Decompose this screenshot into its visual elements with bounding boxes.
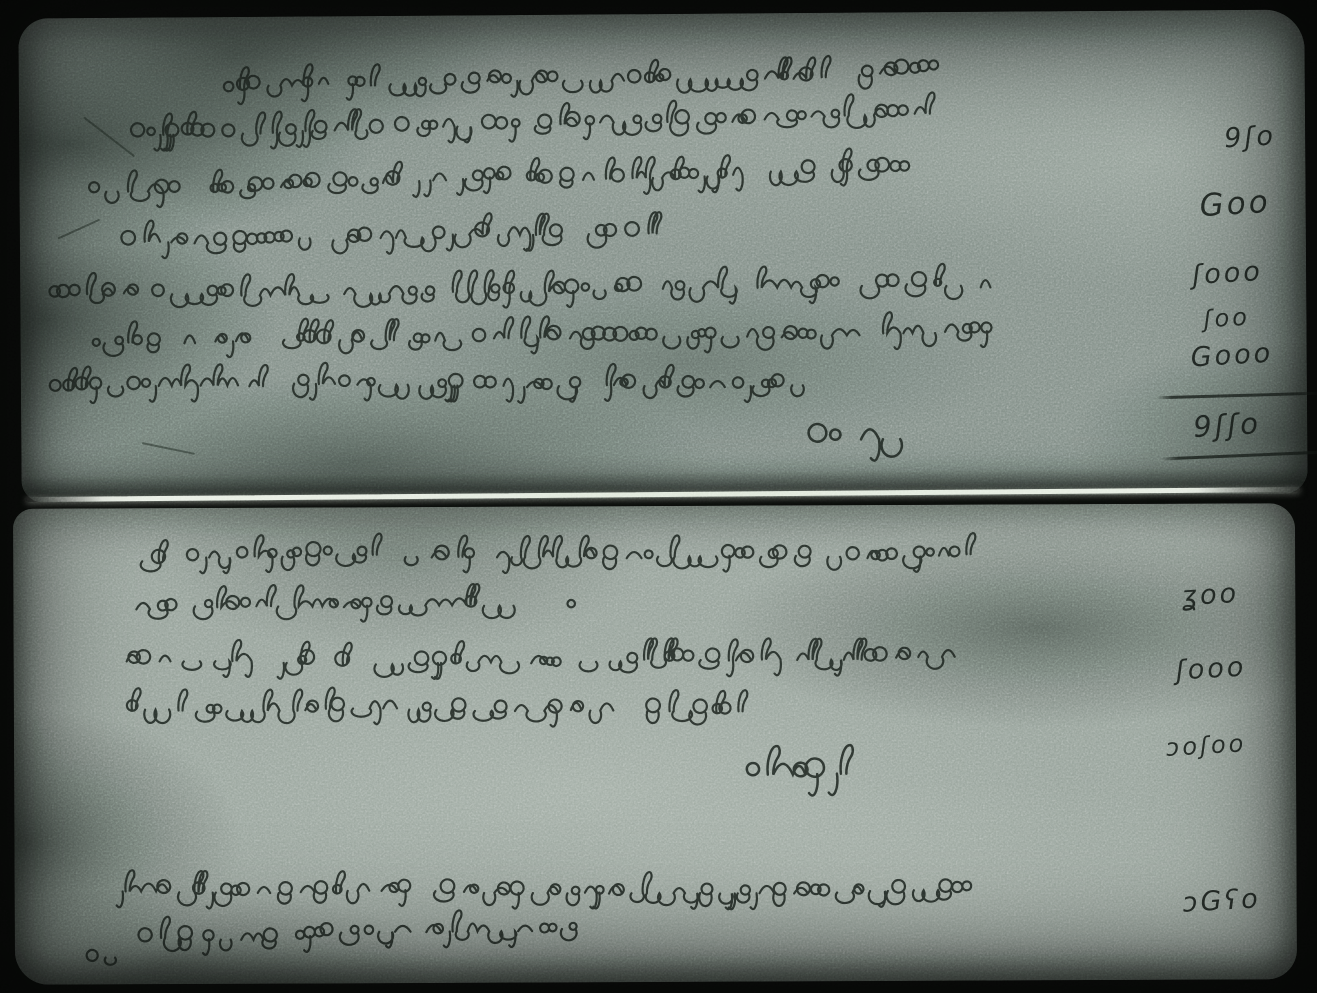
margin-figure: ʓoo [1181,578,1240,612]
manuscript-photo: 9ʃo Goo ʃooo ʃoo Gooo 9ʃʃo ʓoo ʃooo ɔoʃo… [0,0,1317,993]
lower-closing-word [754,740,894,797]
lower-line-2 [133,574,648,632]
margin-figure: ɔGʕo [1182,883,1262,918]
margin-figure: ʃooo [1191,256,1263,291]
upper-leaf: 9ʃo Goo ʃooo ʃoo Gooo 9ʃʃo [18,10,1307,503]
margin-figure: ʃooo [1175,652,1247,687]
lower-line-6 [135,904,660,962]
margin-figure: Gooo [1190,338,1274,374]
margin-figure: ʃoo [1203,303,1251,334]
lower-leaf: ʓoo ʃooo ɔoʃoo ɔGʕo [13,503,1297,985]
total-rule [1156,392,1317,400]
upper-closing-word [806,404,921,461]
lower-line-4 [129,673,849,732]
upper-line-2 [139,95,1139,158]
margin-figure: Goo [1199,184,1272,224]
scratch-mark [57,219,100,240]
scratch-mark [83,117,135,158]
margin-figure: 9ʃo [1223,120,1277,154]
scratch-mark [142,442,195,455]
upper-line-4 [130,205,765,265]
stray-hook-mark [93,926,123,982]
total-rule [1161,450,1317,460]
upper-line-7 [56,350,996,413]
upper-line-3 [94,151,1109,214]
grand-total: 9ʃʃo [1192,406,1262,444]
margin-figure: ɔoʃoo [1165,729,1247,762]
